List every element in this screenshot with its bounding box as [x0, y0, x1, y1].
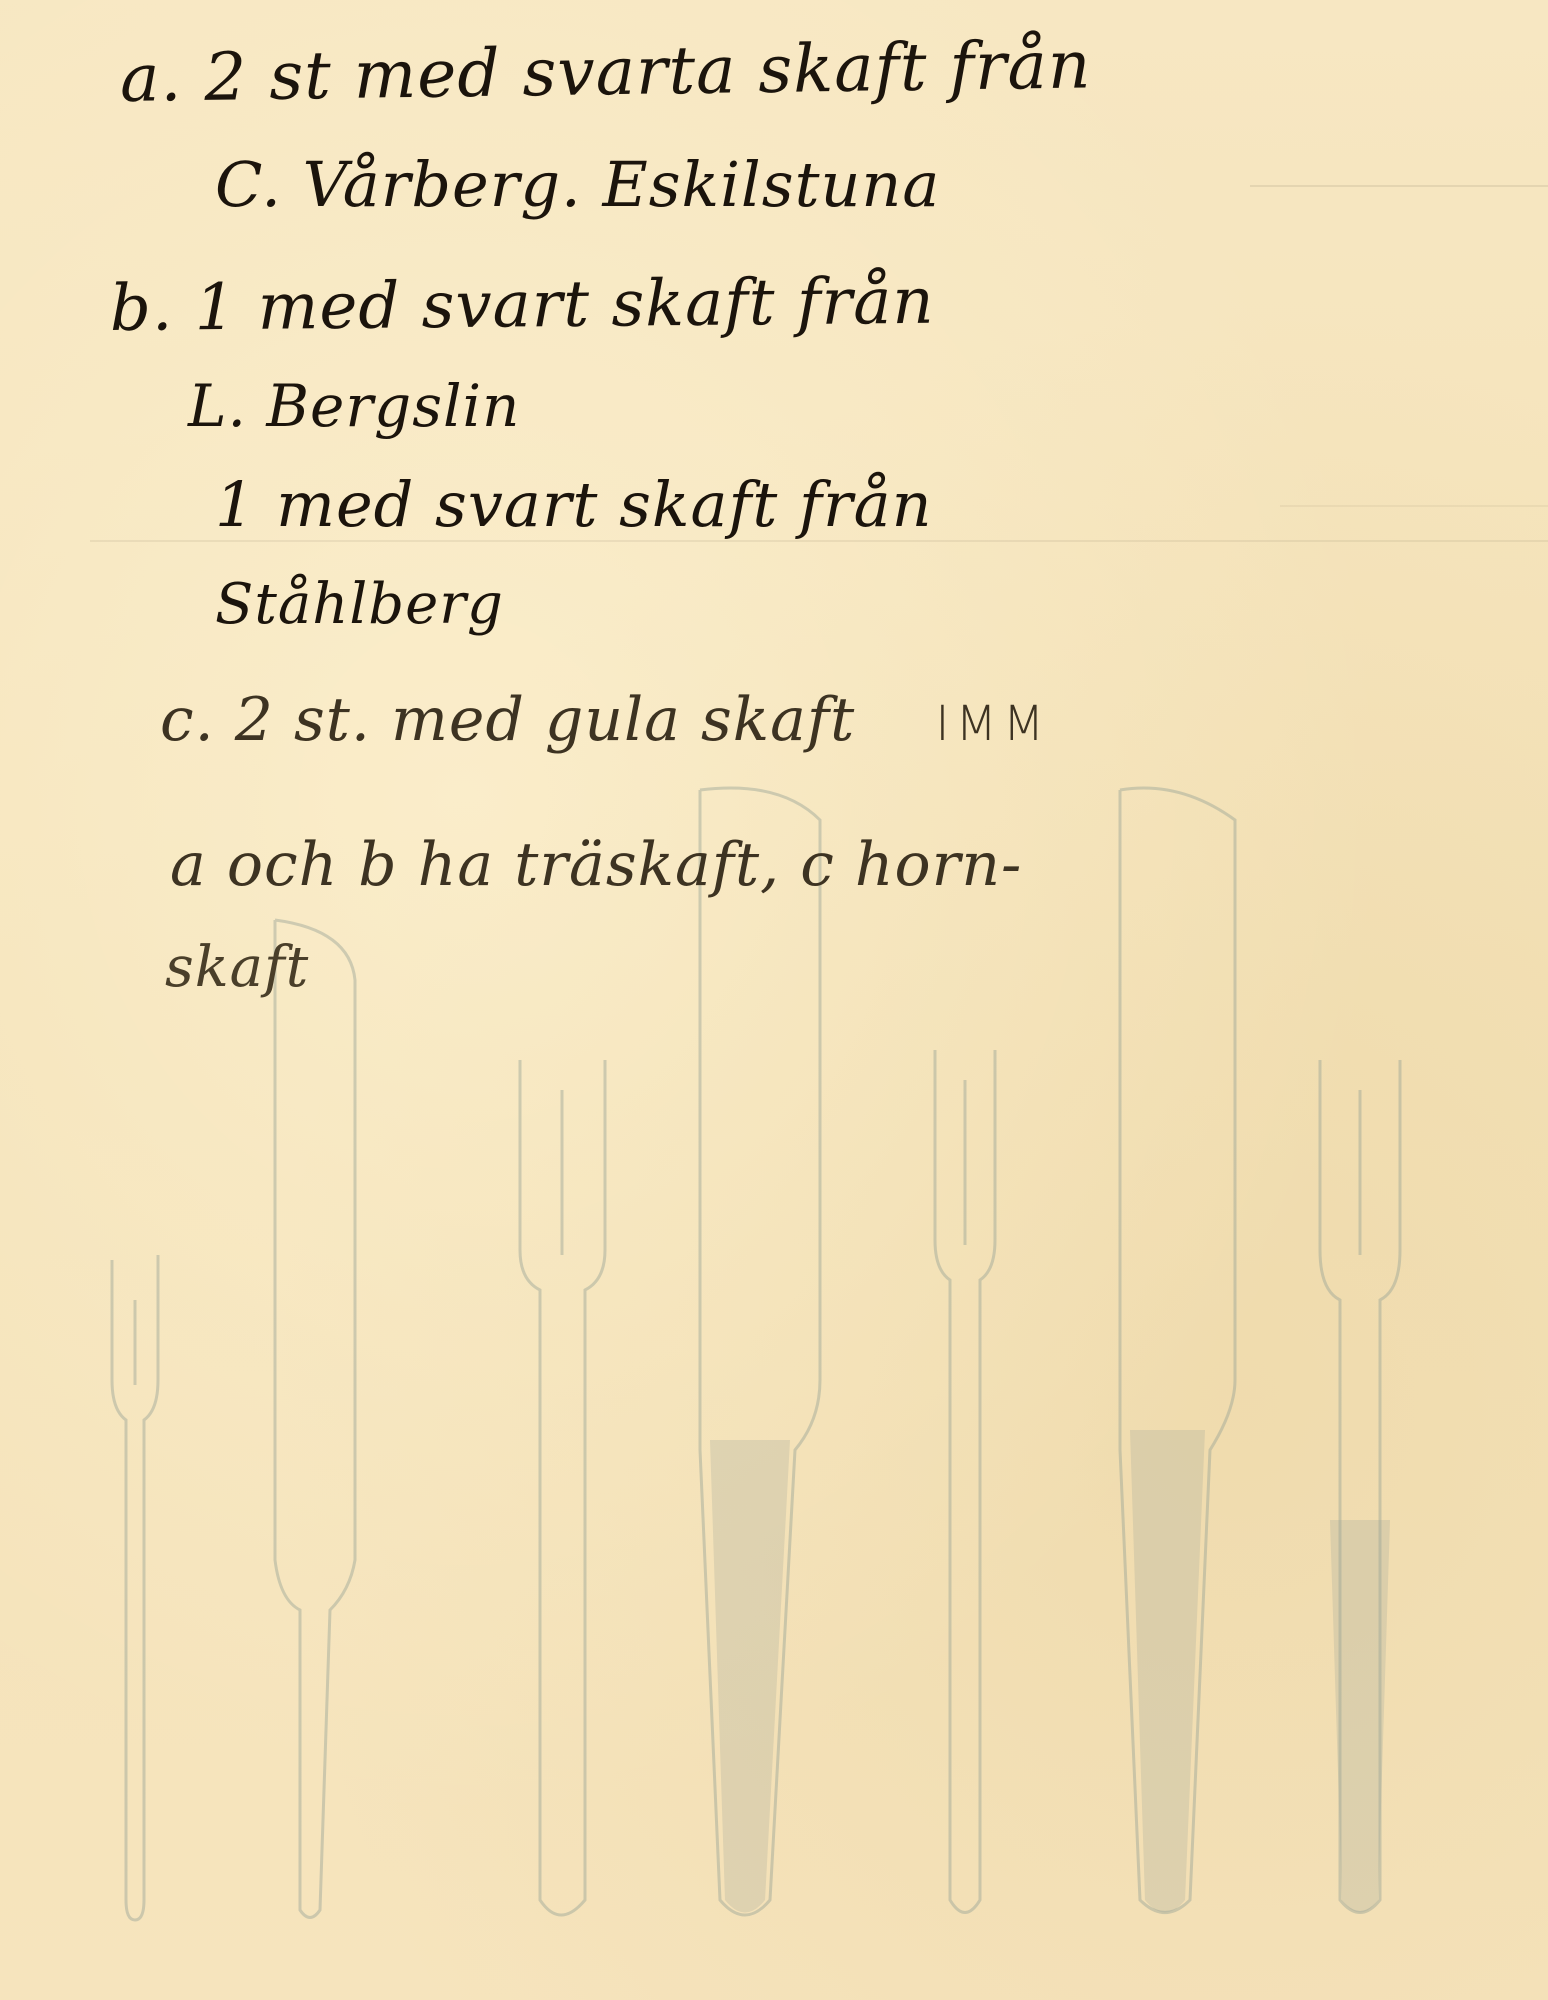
- note-line-b4: Ståhlberg: [215, 572, 504, 637]
- note-line-a1: a. 2 st med svarta skaft från: [119, 26, 1091, 117]
- showthrough-rule: [1250, 185, 1548, 187]
- note-line-b3: 1 med svart skaft från: [215, 468, 933, 541]
- note-line-b1: b. 1 med svart skaft från: [110, 265, 935, 346]
- note-line-a2: C. Vårberg. Eskilstuna: [215, 148, 940, 221]
- document-page: a. 2 st med svarta skaft från C. Vårberg…: [0, 0, 1548, 2000]
- note-line-c1: c. 2 st. med gula skaft IMM: [160, 685, 1050, 755]
- note-line-b2: L. Bergslin: [188, 372, 520, 440]
- note-line-n2: skaft: [165, 935, 309, 1000]
- note-line-n1: a och b ha träskaft, c horn-: [170, 830, 1022, 900]
- note-line-c1-text: c. 2 st. med gula skaft: [160, 685, 855, 755]
- showthrough-rule: [1280, 505, 1548, 507]
- note-line-c1-mark: IMM: [935, 696, 1050, 752]
